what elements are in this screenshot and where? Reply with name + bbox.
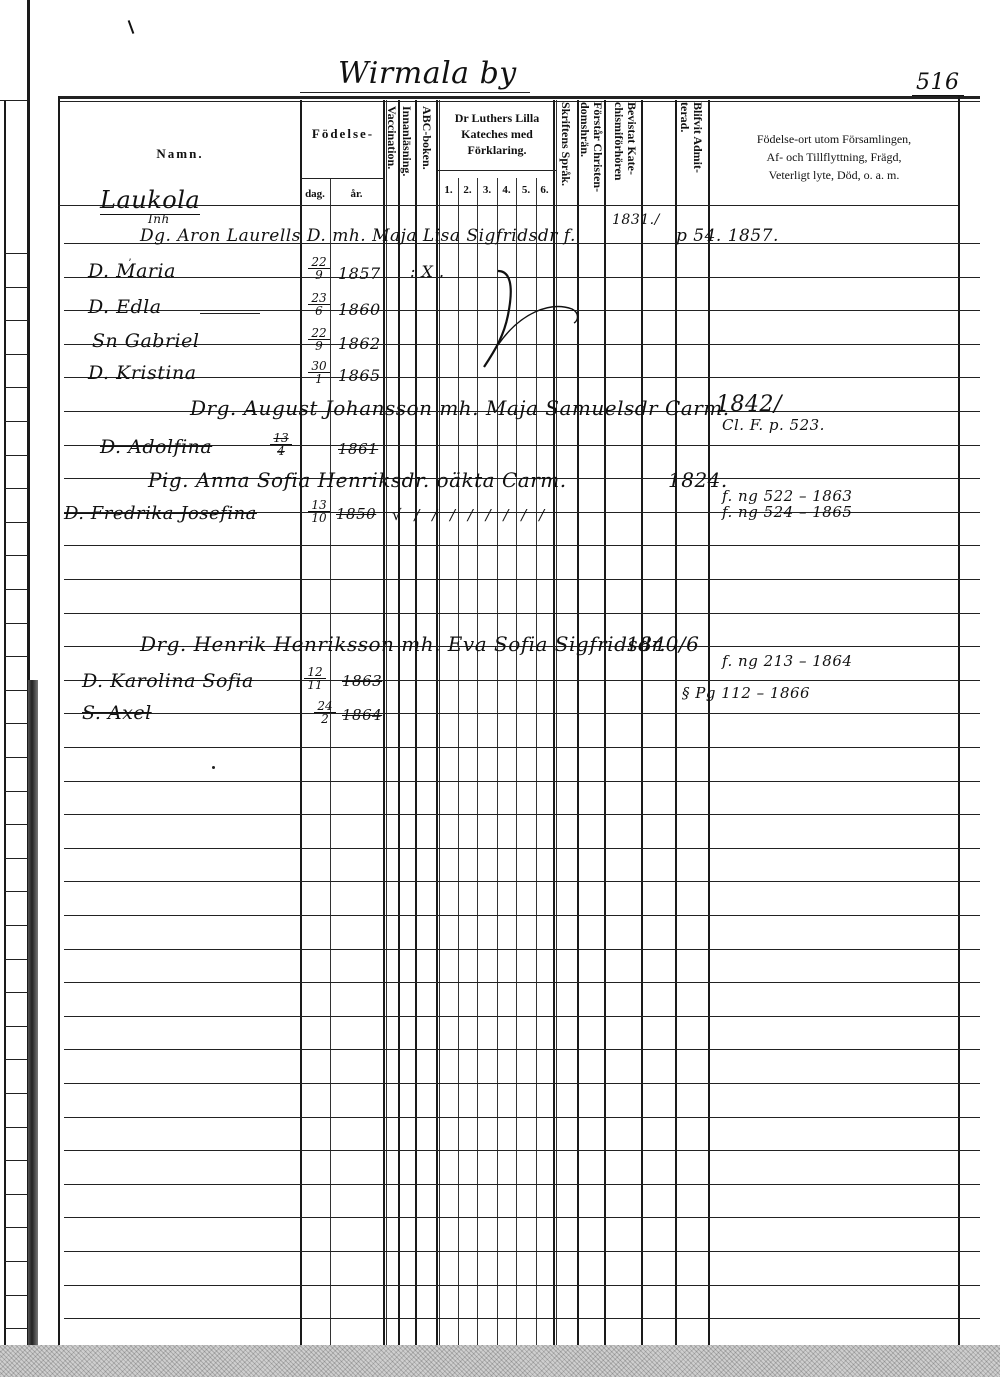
h1-child-1-name: D. Maria (88, 260, 176, 282)
left-strip-row-rule (4, 589, 28, 590)
h3-child-1-marks: √ / / / / / / / / (392, 506, 548, 524)
left-strip-row-rule (4, 1093, 28, 1094)
left-strip-row-rule (4, 1328, 28, 1329)
h1-child-3-name: Sn Gabriel (92, 330, 199, 352)
left-strip-row-rule (4, 287, 28, 288)
luther-col-6: 6. (536, 182, 553, 199)
header-remarks: Födelse-ort utom Församlingen, Af- och T… (712, 130, 956, 184)
h1-child-1-year: 1857 (338, 264, 381, 283)
left-strip-row-rule (4, 891, 28, 892)
h4-child-1-name: D. Karolina Sofia (82, 670, 254, 692)
row-rule (64, 613, 980, 614)
h1-child-3-date: 229 (308, 327, 330, 352)
col-innan-right (415, 100, 417, 1345)
h4-head: Drg. Henrik Henriksson mh. Eva Sofia Sig… (140, 632, 666, 656)
left-strip-row-rule (4, 555, 28, 556)
luther-col-5: 5. (516, 182, 536, 199)
row-rule (64, 713, 980, 714)
h1-birth-note: 1831./ (612, 212, 660, 228)
h4-child-2-name: S. Axel (82, 702, 152, 724)
row-rule (64, 814, 980, 815)
col-vacc-right (398, 100, 400, 1345)
row-rule (64, 949, 980, 950)
place-name: Laukola (100, 186, 200, 215)
h3-remark-2: f. ng 524 – 1865 (722, 503, 852, 521)
luther-title-line-1: Dr Luthers Lilla (440, 110, 554, 126)
luther-col-1: 1. (439, 182, 458, 199)
row-rule (64, 982, 980, 983)
luther-title-line-2: Kateches med (440, 126, 554, 142)
table-right-border (958, 96, 960, 1345)
h1-child-4-date: 301 (308, 360, 330, 385)
header-bevistat-text: Bevistat Kate-chismiförhören (612, 102, 639, 180)
h2-child-1-date: 134 (270, 432, 292, 457)
header-forstar: Förstår Christen-domshrän. (580, 102, 604, 207)
left-strip-row-rule (4, 1261, 28, 1262)
table-left-border (58, 96, 60, 1345)
luther-col-3: 3. (477, 182, 497, 199)
header-dag: dag. (300, 186, 330, 203)
h1-child-4-name: D. Kristina (88, 362, 197, 384)
row-rule (64, 1016, 980, 1017)
header-forstar-text: Förstår Christen-domshrän. (578, 102, 605, 192)
month: 10 (308, 512, 330, 524)
luther-col-4: 4. (497, 182, 516, 199)
row-rule (64, 377, 980, 378)
h4-child-2-year: 1864 (342, 706, 382, 724)
header-abc-boken: ABC-boken. (420, 106, 433, 170)
row-rule (64, 915, 980, 916)
left-strip-row-rule (4, 959, 28, 960)
h1-child-2-date: 236 (308, 292, 330, 317)
col-abc-right2 (439, 100, 440, 1345)
h1-prefix: Inh (148, 212, 170, 226)
left-strip-row-rule (4, 522, 28, 523)
left-strip-rule (0, 100, 27, 101)
header-blifvit: Blifvit Admit-terad. (680, 102, 704, 182)
row-rule (64, 1217, 980, 1218)
month: 4 (270, 445, 292, 457)
left-strip-row-rule (4, 1227, 28, 1228)
luther-subrule (438, 170, 556, 171)
row-rule (64, 1150, 980, 1151)
left-strip-row-rule (4, 1026, 28, 1027)
h2-head-year: 1842/ (716, 392, 782, 417)
ink-speck: ʼ (128, 258, 131, 269)
left-strip-row-rule (4, 623, 28, 624)
left-strip-row-rule (4, 757, 28, 758)
h3-child-1-year: 1850 (336, 505, 376, 523)
row-rule (64, 1049, 980, 1050)
header-luther-title: Dr Luthers Lilla Kateches med Förklaring… (440, 110, 554, 158)
h3-child-1-date: 1310 (308, 499, 330, 524)
col-blifvit-right (708, 100, 710, 1345)
left-strip-row-rule (4, 320, 28, 321)
left-strip-row-rule (4, 1127, 28, 1128)
ink-speck-2 (212, 766, 215, 769)
name-text: S. Axel (82, 702, 152, 724)
h1-child-3-year: 1862 (338, 334, 381, 353)
row-rule (64, 1285, 980, 1286)
month: 2 (314, 713, 336, 725)
month: 1 (308, 373, 330, 385)
left-strip-row-rule (4, 253, 28, 254)
left-strip-row-rule (4, 1160, 28, 1161)
left-strip-row-rule (4, 690, 28, 691)
col-bevistat-right (641, 100, 643, 1345)
left-strip-row-rule (4, 858, 28, 859)
row-rule (64, 881, 980, 882)
page-number: 516 (912, 70, 964, 97)
header-skriftens-sprak: Skriftens Språk. (559, 102, 572, 186)
header-namn: Namn. (120, 145, 240, 162)
h1-child-4-year: 1865 (338, 366, 381, 385)
col-luther-1 (458, 178, 459, 1345)
row-rule (64, 545, 980, 546)
left-strip-row-rule (4, 992, 28, 993)
left-strip-row-rule (4, 488, 28, 489)
h2-head: Drg. August Johansson mh. Maja Samuelsdr… (190, 396, 730, 420)
row-rule (64, 1251, 980, 1252)
ink-speck-3 (128, 20, 135, 34)
left-strip-row-rule (4, 1194, 28, 1195)
row-rule (64, 1083, 980, 1084)
h1-head: Dg. Aron Laurells D. mh. Maja Lisa Sigfr… (140, 226, 576, 246)
h2-head-remark: Cl. F. p. 523. (722, 416, 825, 434)
left-strip-row-rule (4, 723, 28, 724)
header-blifvit-text: Blifvit Admit-terad. (678, 102, 705, 173)
left-strip-row-rule (4, 387, 28, 388)
left-strip-row-rule (4, 455, 28, 456)
month: 9 (308, 340, 330, 352)
col-vacc-left2 (386, 100, 387, 1345)
col-ar-right (383, 100, 385, 1345)
h1-child-2-name: D. Edla (88, 296, 162, 318)
header-top-rule-2 (58, 101, 980, 102)
header-top-rule (58, 96, 980, 99)
row-rule (64, 747, 980, 748)
name-text: D. Fredrika Josefina (64, 503, 257, 524)
h1-child-2-year: 1860 (338, 300, 381, 319)
left-strip-row-rule (4, 421, 28, 422)
scan-margin-bottom (0, 1345, 1000, 1377)
remarks-title-line-3: Veterligt lyte, Död, o. a. m. (712, 166, 956, 184)
header-fodelse: Födelse- (302, 125, 384, 142)
binding-shadow (28, 680, 38, 1345)
h4-child-1-year: 1863 (342, 672, 382, 690)
h4-remark-2: § Pg 112 – 1866 (682, 684, 810, 702)
h4-head-year: 1840/6 (626, 632, 699, 656)
row-rule (64, 1184, 980, 1185)
h1-child-1-marks: : X . (410, 262, 445, 281)
left-strip-row-rule (4, 354, 28, 355)
name-text: D. Karolina Sofia (82, 670, 254, 692)
h4-child-2-date: 242 (314, 700, 336, 725)
left-strip-row-rule (4, 824, 28, 825)
h2-child-1-name: D. Adolfina (100, 436, 212, 458)
left-strip-row-rule (4, 1059, 28, 1060)
luther-title-line-3: Förklaring. (440, 142, 554, 158)
month: 11 (304, 679, 326, 691)
h3-head: Pig. Anna Sofia Henriksdr. oäkta Carm. (148, 468, 567, 492)
month: 9 (308, 269, 330, 281)
h2-child-1-year: 1861 (338, 440, 378, 458)
row-rule (64, 1117, 980, 1118)
header-bevistat: Bevistat Kate-chismiförhören (610, 102, 638, 202)
h3-child-1-name: D. Fredrika Josefina (64, 503, 257, 524)
luther-col-2: 2. (458, 182, 477, 199)
h4-child-1-date: 1211 (304, 666, 326, 691)
remarks-title-line-2: Af- och Tillflyttning, Frägd, (712, 148, 956, 166)
col-forstar-right (604, 100, 606, 1345)
left-strip-row-rule (4, 656, 28, 657)
col-namn-right (300, 100, 302, 1345)
row-rule (64, 781, 980, 782)
page-title: Wirmala by (338, 56, 517, 91)
row-rule (64, 1318, 980, 1319)
col-abc-right (436, 100, 438, 1345)
header-vaccination: Vaccination. (385, 106, 398, 169)
h1-child-2-dash (200, 313, 260, 314)
header-ar: år. (330, 186, 383, 203)
left-strip-row-rule (4, 791, 28, 792)
left-strip-row-rule (4, 925, 28, 926)
check-mark-stroke (470, 265, 590, 375)
month: 6 (308, 305, 330, 317)
h1-remark: p 54. 1857. (676, 226, 779, 246)
row-rule (64, 579, 980, 580)
col-blifvit-left (675, 100, 677, 1345)
h1-child-1-date: 229 (308, 256, 330, 281)
title-underline (300, 92, 530, 93)
remarks-title-line-1: Födelse-ort utom Församlingen, (712, 130, 956, 148)
header-innanlasning: Innanläsning. (400, 106, 413, 176)
col-dag-right (330, 178, 331, 1345)
h3-head-year: 1824. (668, 468, 728, 492)
fodelse-subrule (300, 178, 385, 179)
row-rule (64, 848, 980, 849)
h4-remark-1: f. ng 213 – 1864 (722, 652, 852, 670)
left-strip-row-rule (4, 1295, 28, 1296)
